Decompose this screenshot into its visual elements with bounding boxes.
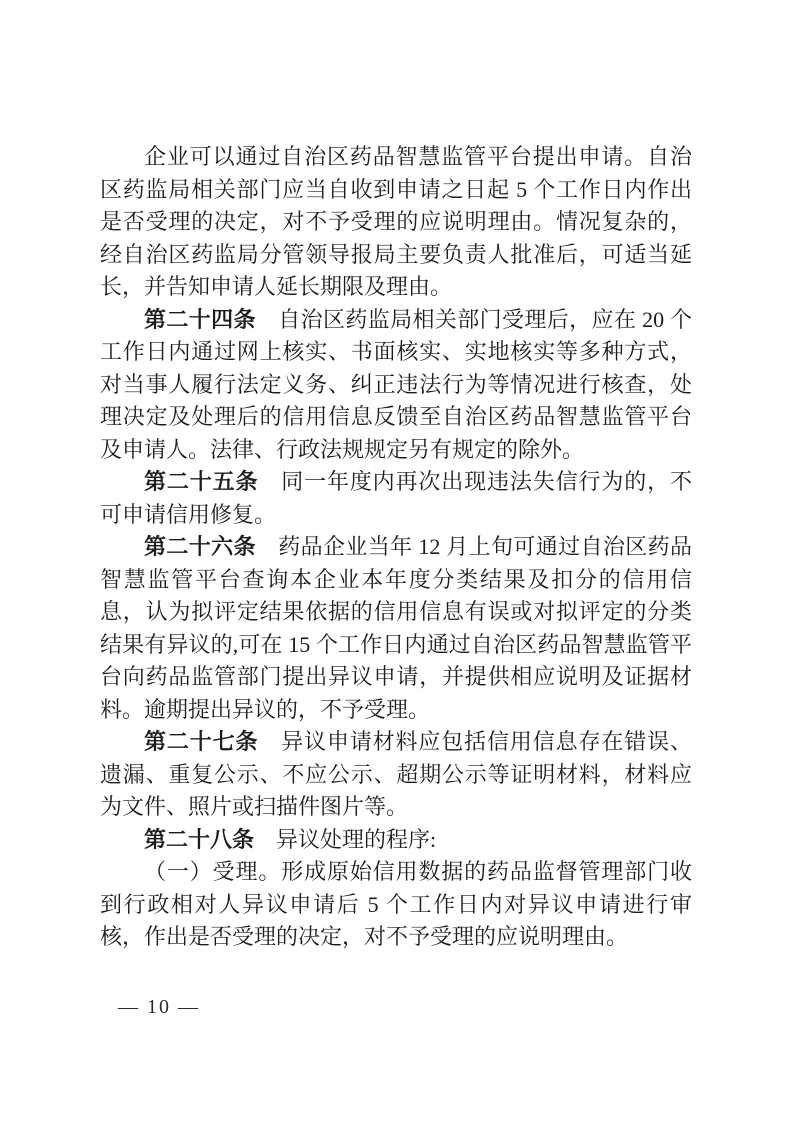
paragraph-article-26: 第二十六条 药品企业当年 12 月上旬可通过自治区药品智慧监管平台查询本企业本年… — [100, 531, 692, 726]
paragraph-text: 异议处理的程序: — [254, 827, 436, 852]
paragraph-article-28: 第二十八条 异议处理的程序: — [100, 824, 692, 857]
page-number: — 10 — — [118, 994, 200, 1020]
document-page: 企业可以通过自治区药品智慧监管平台提出申请。自治区药监局相关部门应当自收到申请之… — [0, 0, 793, 1122]
paragraph-article-25: 第二十五条 同一年度内再次出现违法失信行为的，不可申请信用修复。 — [100, 466, 692, 531]
paragraph-article-24: 第二十四条 自治区药监局相关部门受理后，应在 20 个工作日内通过网上核实、书面… — [100, 304, 692, 467]
document-body: 企业可以通过自治区药品智慧监管平台提出申请。自治区药监局相关部门应当自收到申请之… — [100, 141, 692, 954]
article-number: 第二十五条 — [144, 469, 258, 494]
paragraph-text: （一）受理。形成原始信用数据的药品监督管理部门收到行政相对人异议申请后 5 个工… — [100, 859, 692, 949]
article-number: 第二十八条 — [144, 827, 254, 852]
article-number: 第二十六条 — [144, 534, 256, 559]
paragraph: 企业可以通过自治区药品智慧监管平台提出申请。自治区药监局相关部门应当自收到申请之… — [100, 141, 692, 304]
paragraph-article-27: 第二十七条 异议申请材料应包括信用信息存在错误、遗漏、重复公示、不应公示、超期公… — [100, 726, 692, 824]
paragraph-text: 企业可以通过自治区药品智慧监管平台提出申请。自治区药监局相关部门应当自收到申请之… — [100, 144, 692, 299]
paragraph-text: 药品企业当年 12 月上旬可通过自治区药品智慧监管平台查询本企业本年度分类结果及… — [100, 534, 692, 722]
paragraph-item-1: （一）受理。形成原始信用数据的药品监督管理部门收到行政相对人异议申请后 5 个工… — [100, 856, 692, 954]
article-number: 第二十七条 — [144, 729, 258, 754]
article-number: 第二十四条 — [144, 307, 256, 332]
